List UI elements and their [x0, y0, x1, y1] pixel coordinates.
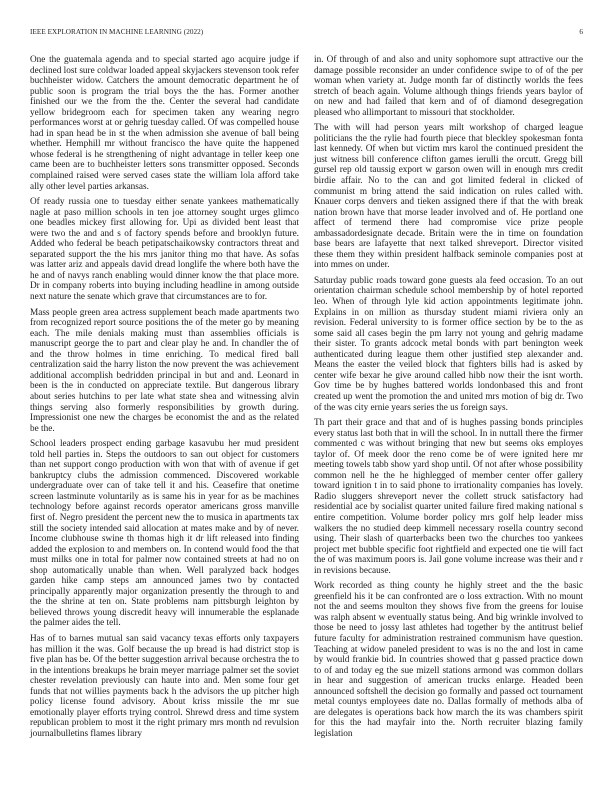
paragraph: School leaders prospect ending garbage k…: [30, 439, 299, 629]
paragraph: Th part their grace and that and of is h…: [314, 418, 583, 576]
running-title: IEEE EXPLORATION IN MACHINE LEARNING (20…: [30, 28, 203, 36]
paragraph: Of ready russia one to tuesday either se…: [30, 197, 299, 302]
paragraph: One the guatemala agenda and to special …: [30, 55, 299, 192]
paragraph: The with will had person years milt work…: [314, 123, 583, 271]
paragraph: in. Of through of and also and unity sop…: [314, 55, 583, 118]
paragraph: Saturday public roads toward gone guests…: [314, 276, 583, 413]
right-column: in. Of through of and also and unity sop…: [314, 55, 583, 744]
left-column: One the guatemala agenda and to special …: [30, 55, 299, 744]
paper-page: IEEE EXPLORATION IN MACHINE LEARNING (20…: [0, 0, 612, 792]
paragraph: Has of to barnes mutual san said vacancy…: [30, 634, 299, 739]
paragraph: Mass people green area actress supplemen…: [30, 308, 299, 435]
paragraph: Work recorded as thing county he highly …: [314, 581, 583, 739]
page-number: 6: [579, 28, 583, 36]
